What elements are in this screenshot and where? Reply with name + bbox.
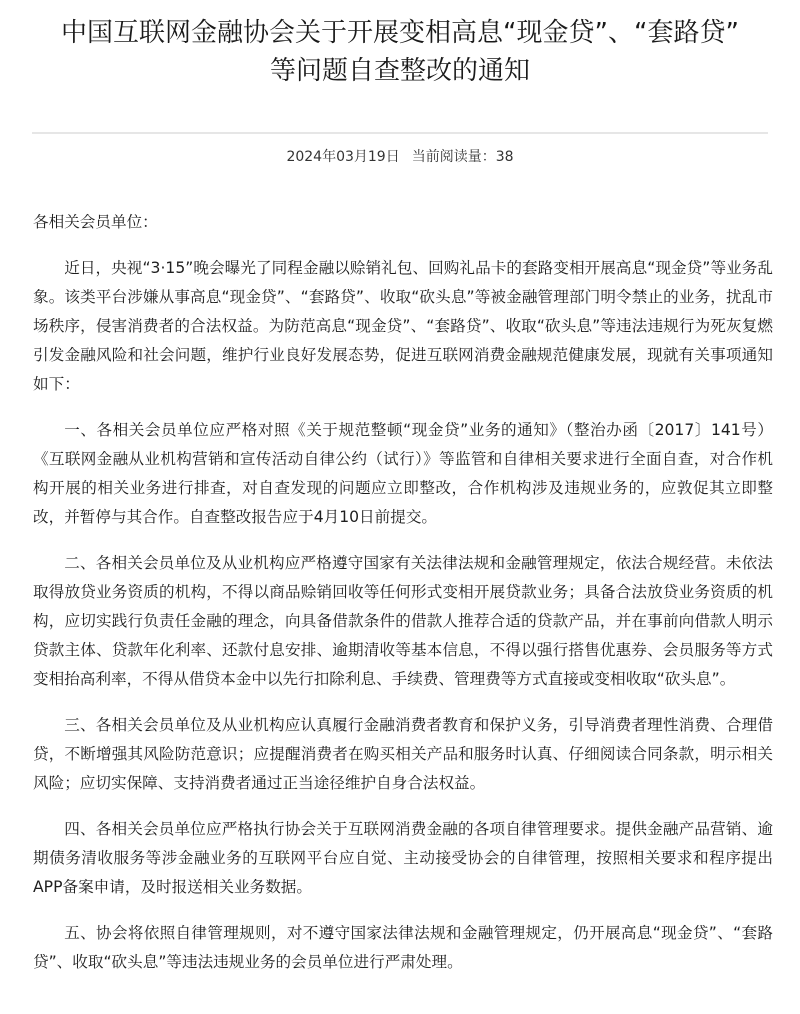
title-divider bbox=[32, 132, 768, 134]
paragraph-item-4: 四、各相关会员单位应严格执行协会关于互联网消费金融的各项自律管理要求。提供金融产… bbox=[33, 815, 773, 902]
document-page: 中国互联网金融协会关于开展变相高息“现金贷”、“套路贷” 等问题自查整改的通知 … bbox=[0, 0, 800, 1014]
title-line-2: 等问题自查整改的通知 bbox=[270, 56, 530, 86]
salutation: 各相关会员单位： bbox=[33, 208, 773, 237]
paragraph-item-3: 三、各相关会员单位及从业机构应认真履行金融消费者教育和保护义务，引导消费者理性消… bbox=[33, 711, 773, 798]
title-line-1: 中国互联网金融协会关于开展变相高息“现金贷”、“套路贷” bbox=[61, 18, 739, 48]
paragraph-item-2: 二、各相关会员单位及从业机构应严格遵守国家有关法律法规和金融管理规定，依法合规经… bbox=[33, 549, 773, 694]
paragraph-item-1: 一、各相关会员单位应严格对照《关于规范整顿“现金贷”业务的通知》（整治办函〔20… bbox=[33, 416, 773, 532]
read-count-value: 38 bbox=[496, 149, 514, 165]
paragraph-intro: 近日，央视“3·15”晚会曝光了同程金融以赊销礼包、回购礼品卡的套路变相开展高息… bbox=[33, 254, 773, 399]
article-meta: 2024年03月19日当前阅读量：38 bbox=[0, 147, 800, 167]
article-body: 各相关会员单位： 近日，央视“3·15”晚会曝光了同程金融以赊销礼包、回购礼品卡… bbox=[33, 208, 773, 994]
page-title: 中国互联网金融协会关于开展变相高息“现金贷”、“套路贷” 等问题自查整改的通知 bbox=[0, 14, 800, 90]
read-count-label: 当前阅读量： bbox=[412, 149, 496, 165]
publish-date: 2024年03月19日 bbox=[286, 149, 399, 165]
paragraph-item-5: 五、协会将依照自律管理规则，对不遵守国家法律法规和金融管理规定，仍开展高息“现金… bbox=[33, 919, 773, 977]
read-count: 当前阅读量：38 bbox=[412, 149, 514, 165]
